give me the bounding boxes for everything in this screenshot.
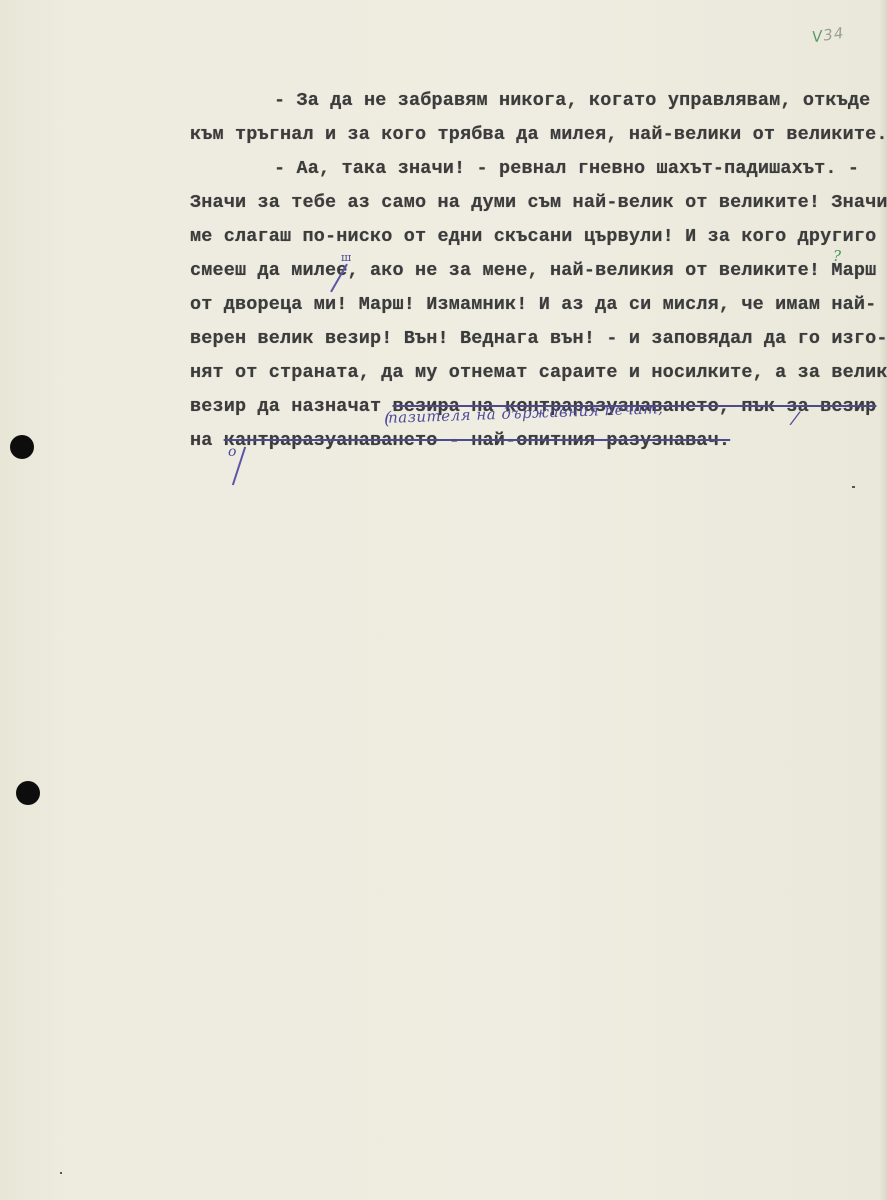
text-line: - За да не забравям никога, когато управ…: [190, 84, 887, 118]
text-line-edited: на кантраразуанаването - най-опитния раз…: [190, 424, 887, 458]
typewritten-text: - За да не забравям никога, когато управ…: [190, 84, 887, 458]
text-line: верен велик везир! Вън! Веднага вън! - и…: [190, 322, 887, 356]
punch-hole-icon: [16, 781, 40, 805]
ink-speck: [60, 1172, 62, 1174]
text-line: от двореца ми! Марш! Измамник! И аз да с…: [190, 288, 887, 322]
struck-text: кантраразуанаването - най-опитния разузн…: [224, 430, 730, 451]
handwritten-correction: ш: [341, 251, 351, 264]
page-number: 34: [822, 24, 845, 45]
text-line: Значи за тебе аз само на думи съм най-ве…: [190, 186, 887, 220]
punch-hole-icon: [10, 435, 34, 459]
kept-text: на: [190, 430, 224, 451]
page-number-mark: V34: [811, 24, 846, 46]
kept-text: везир да назначат: [190, 396, 393, 417]
handwritten-correction: о: [228, 444, 236, 460]
text-line: нят от страната, да му отнемат сараите и…: [190, 356, 887, 390]
text-line: смееш да милее, ако не за мене, най-вели…: [190, 254, 887, 288]
text-line: ме слагаш по-ниско от едни скъсани църву…: [190, 220, 887, 254]
text-line: към тръгнал и за кого трябва да милея, н…: [190, 118, 887, 152]
handwritten-question-mark: ?: [833, 247, 841, 265]
document-page: V34 - За да не забравям никога, когато у…: [0, 0, 887, 1200]
ink-speck: [852, 486, 855, 488]
text-line: - Аа, така значи! - ревнал гневно шахът-…: [190, 152, 887, 186]
